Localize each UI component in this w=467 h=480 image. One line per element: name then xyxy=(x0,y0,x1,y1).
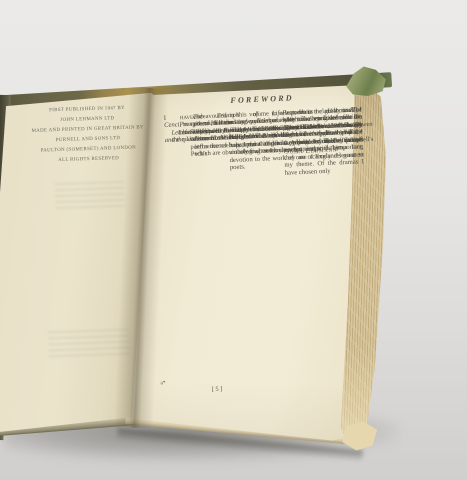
book-photo: FIRST PUBLISHED IN 1947 BYJOHN LEHMANN L… xyxy=(0,0,467,480)
foreword-body: I have endeavoured in this volume to sel… xyxy=(164,106,363,144)
page-number: [5] xyxy=(212,386,224,394)
foreword-page-text: FOREWORD I have endeavoured in this volu… xyxy=(163,90,364,160)
left-page-showthrough xyxy=(54,181,125,213)
printers-mark: a* xyxy=(160,380,165,386)
